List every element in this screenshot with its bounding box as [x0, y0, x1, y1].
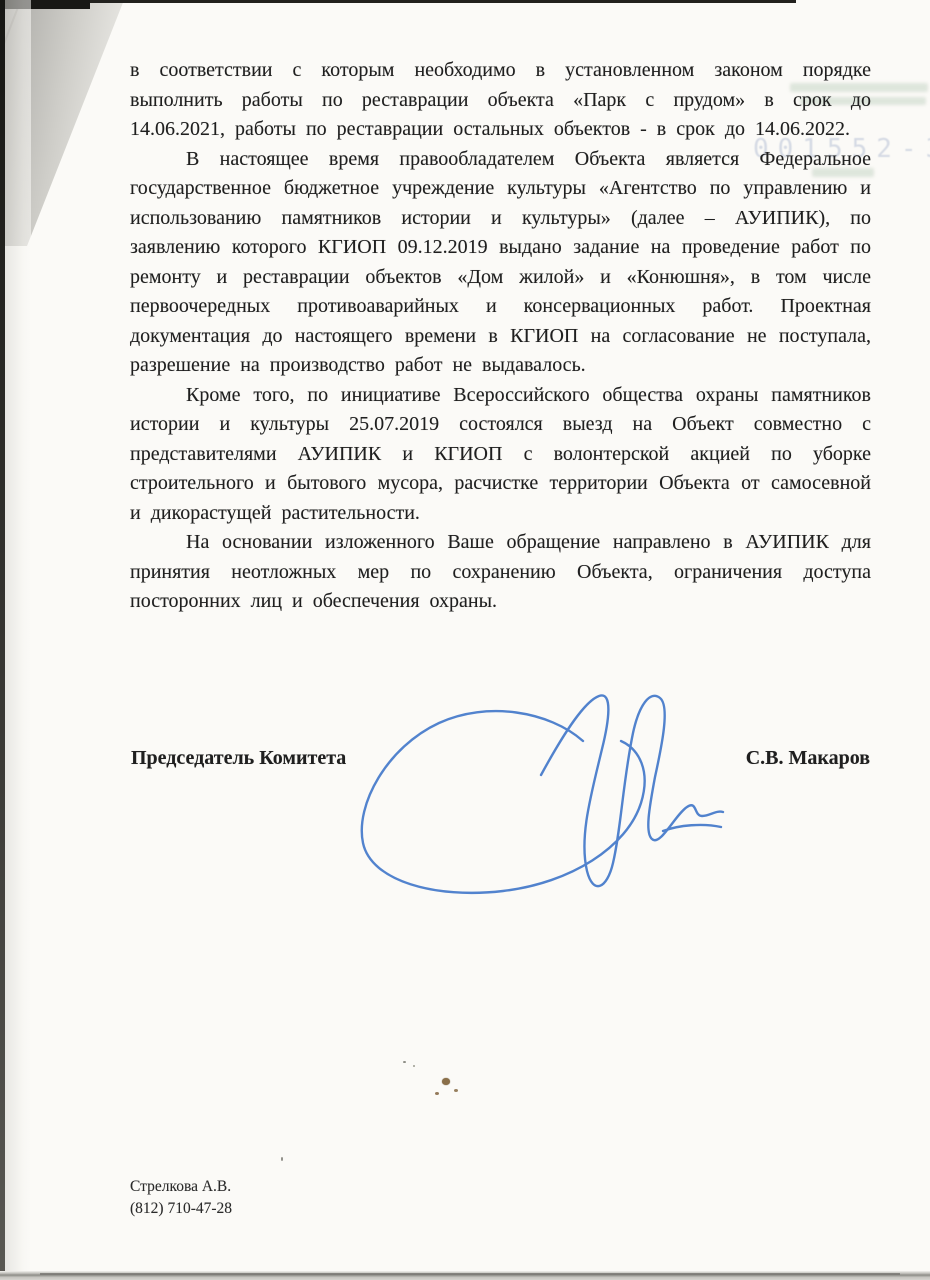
signature-name: С.В. Макаров: [746, 747, 870, 770]
page-left-shadow: [5, 0, 31, 1280]
body-paragraph-4: На основании изложенного Ваше обращение …: [130, 528, 871, 617]
executor-name: Стрелкова А.В.: [130, 1176, 232, 1198]
ink-speck: [413, 1065, 415, 1067]
body-paragraph-3: Кроме того, по инициативе Всероссийского…: [130, 381, 871, 529]
scanner-edge-bottom-line: [40, 1273, 900, 1275]
ink-speck: [442, 1078, 450, 1085]
ink-speck: [281, 1157, 283, 1161]
signature-title: Председатель Комитета: [131, 747, 346, 770]
body-paragraph-2: В настоящее время правообладателем Объек…: [130, 145, 871, 381]
letter-body: в соответствии с которым необходимо в ус…: [130, 56, 871, 617]
executor-block: Стрелкова А.В. (812) 710-47-28: [130, 1176, 232, 1220]
ink-speck: [454, 1089, 458, 1092]
executor-phone: (812) 710-47-28: [130, 1198, 232, 1220]
scanner-edge-top: [0, 0, 796, 3]
scanned-letter-page: 001552-3 в соответствии с которым необхо…: [0, 0, 930, 1280]
body-paragraph-1: в соответствии с которым необходимо в ус…: [130, 56, 871, 145]
signature-ink: [345, 683, 735, 908]
ink-speck: [435, 1092, 439, 1095]
ink-speck: [403, 1061, 406, 1063]
